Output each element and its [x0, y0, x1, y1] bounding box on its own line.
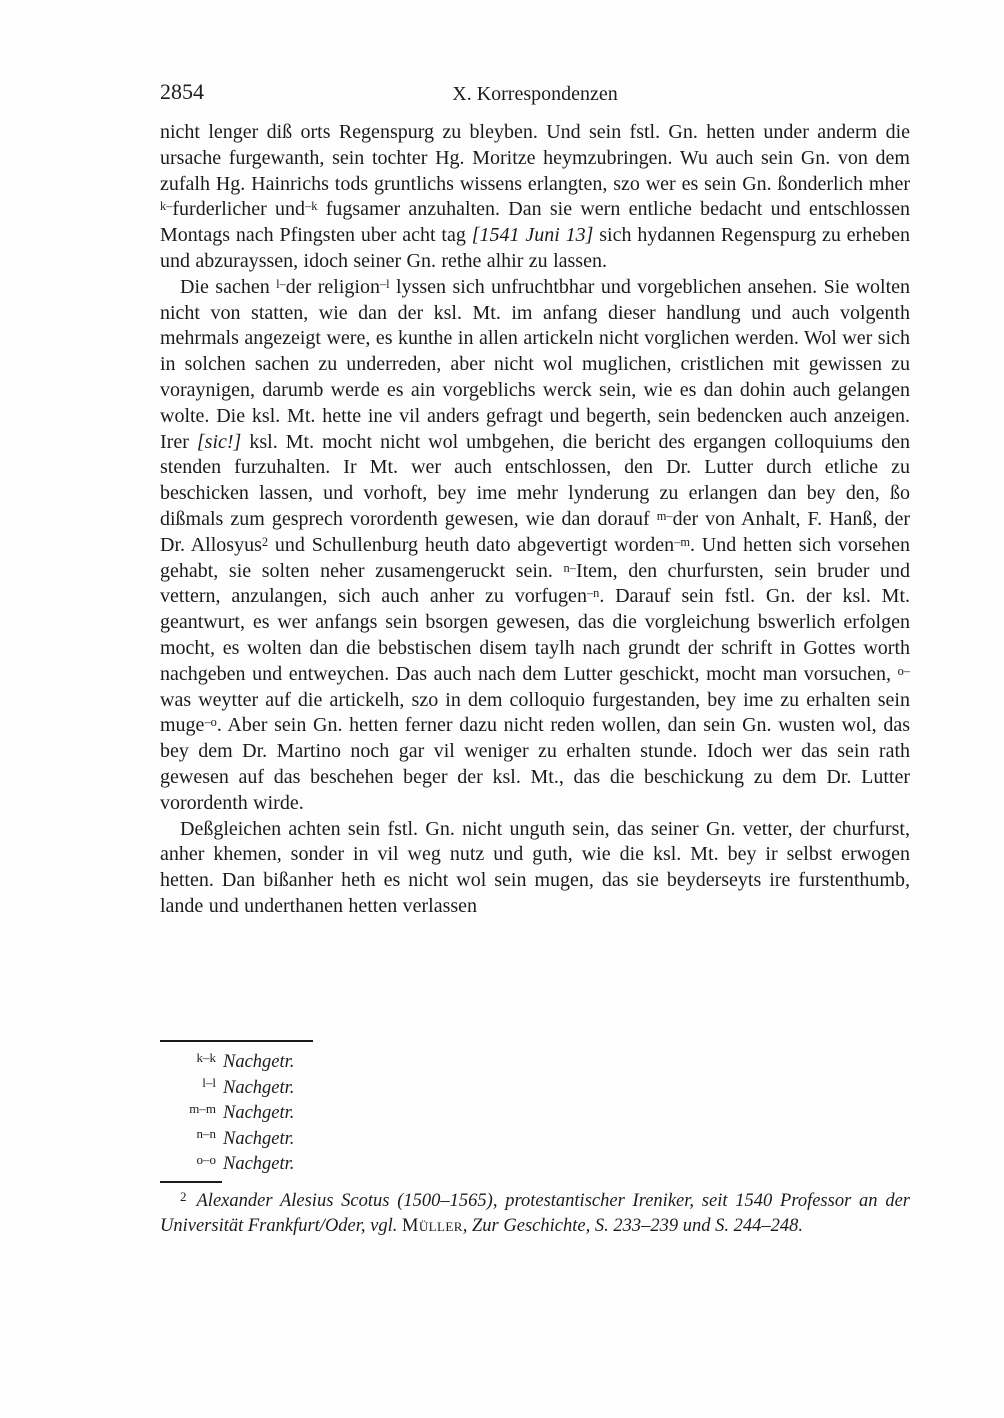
text-segment: . Aber sein Gn. hetten ferner dazu nicht… — [160, 714, 910, 813]
footnote-divider-rule — [160, 1181, 222, 1183]
superscript-marker: m– — [657, 509, 673, 523]
footnote-marker: 2 — [180, 1189, 187, 1204]
apparatus-note-text: Nachgetr. — [223, 1129, 294, 1149]
book-page: 2854 X. Korrespondenzen nicht lenger diß… — [0, 0, 1004, 1418]
text-segment: der religion — [286, 276, 380, 298]
text-segment: und Schullenburg heuth dato abgevertigt … — [268, 534, 674, 556]
apparatus-note: o–oNachgetr. — [160, 1152, 910, 1178]
superscript-marker: o– — [898, 664, 910, 678]
superscript-marker: –o — [204, 715, 216, 729]
superscript-marker: –m — [674, 535, 690, 549]
apparatus-note-text: Nachgetr. — [223, 1052, 294, 1072]
text-segment: lyssen sich unfruchtbhar und vorgebliche… — [160, 276, 910, 453]
text-segment: [1541 Juni 13] — [472, 224, 594, 246]
paragraph: Deßgleichen achten sein fstl. Gn. nicht … — [160, 817, 910, 920]
apparatus-note: k–kNachgetr. — [160, 1050, 910, 1076]
footnote: 2Alexander Alesius Scotus (1500–1565), p… — [160, 1189, 910, 1239]
apparatus-note: m–mNachgetr. — [160, 1101, 910, 1127]
superscript-marker: l– — [276, 277, 286, 291]
body-text: nicht lenger diß orts Regenspurg zu bley… — [160, 120, 910, 920]
apparatus-note: l–lNachgetr. — [160, 1076, 910, 1102]
paragraph: nicht lenger diß orts Regenspurg zu bley… — [160, 120, 910, 275]
text-segment: Deßgleichen achten sein fstl. Gn. nicht … — [160, 818, 910, 917]
paragraph: Die sachen l–der religion–l lyssen sich … — [160, 275, 910, 817]
critical-apparatus: k–kNachgetr. l–lNachgetr. m–mNachgetr. n… — [160, 1040, 910, 1178]
text-segment: [sic!] — [197, 431, 241, 453]
text-segment: Die sachen — [180, 276, 276, 298]
apparatus-note-text: Nachgetr. — [223, 1078, 294, 1098]
apparatus-note-text: Nachgetr. — [223, 1103, 294, 1123]
apparatus-note-text: Nachgetr. — [223, 1154, 294, 1174]
superscript-marker: –n — [587, 586, 599, 600]
text-segment: Müller — [402, 1216, 463, 1236]
apparatus-divider-rule — [160, 1040, 313, 1042]
page-header: 2854 X. Korrespondenzen — [160, 79, 910, 109]
superscript-marker: –l — [380, 277, 390, 291]
text-segment: nicht lenger diß orts Regenspurg zu bley… — [160, 121, 910, 195]
footnote-text: Alexander Alesius Scotus (1500–1565), pr… — [160, 1191, 910, 1236]
apparatus-note: n–nNachgetr. — [160, 1127, 910, 1153]
superscript-marker: n– — [564, 560, 576, 574]
superscript-marker: k– — [160, 199, 172, 213]
text-segment: furderlicher und — [172, 198, 305, 220]
superscript-marker: –k — [305, 199, 317, 213]
text-segment: , Zur Geschichte, S. 233–239 und S. 244–… — [463, 1216, 803, 1236]
footnote-section: 2Alexander Alesius Scotus (1500–1565), p… — [160, 1181, 910, 1239]
running-title: X. Korrespondenzen — [160, 82, 910, 106]
